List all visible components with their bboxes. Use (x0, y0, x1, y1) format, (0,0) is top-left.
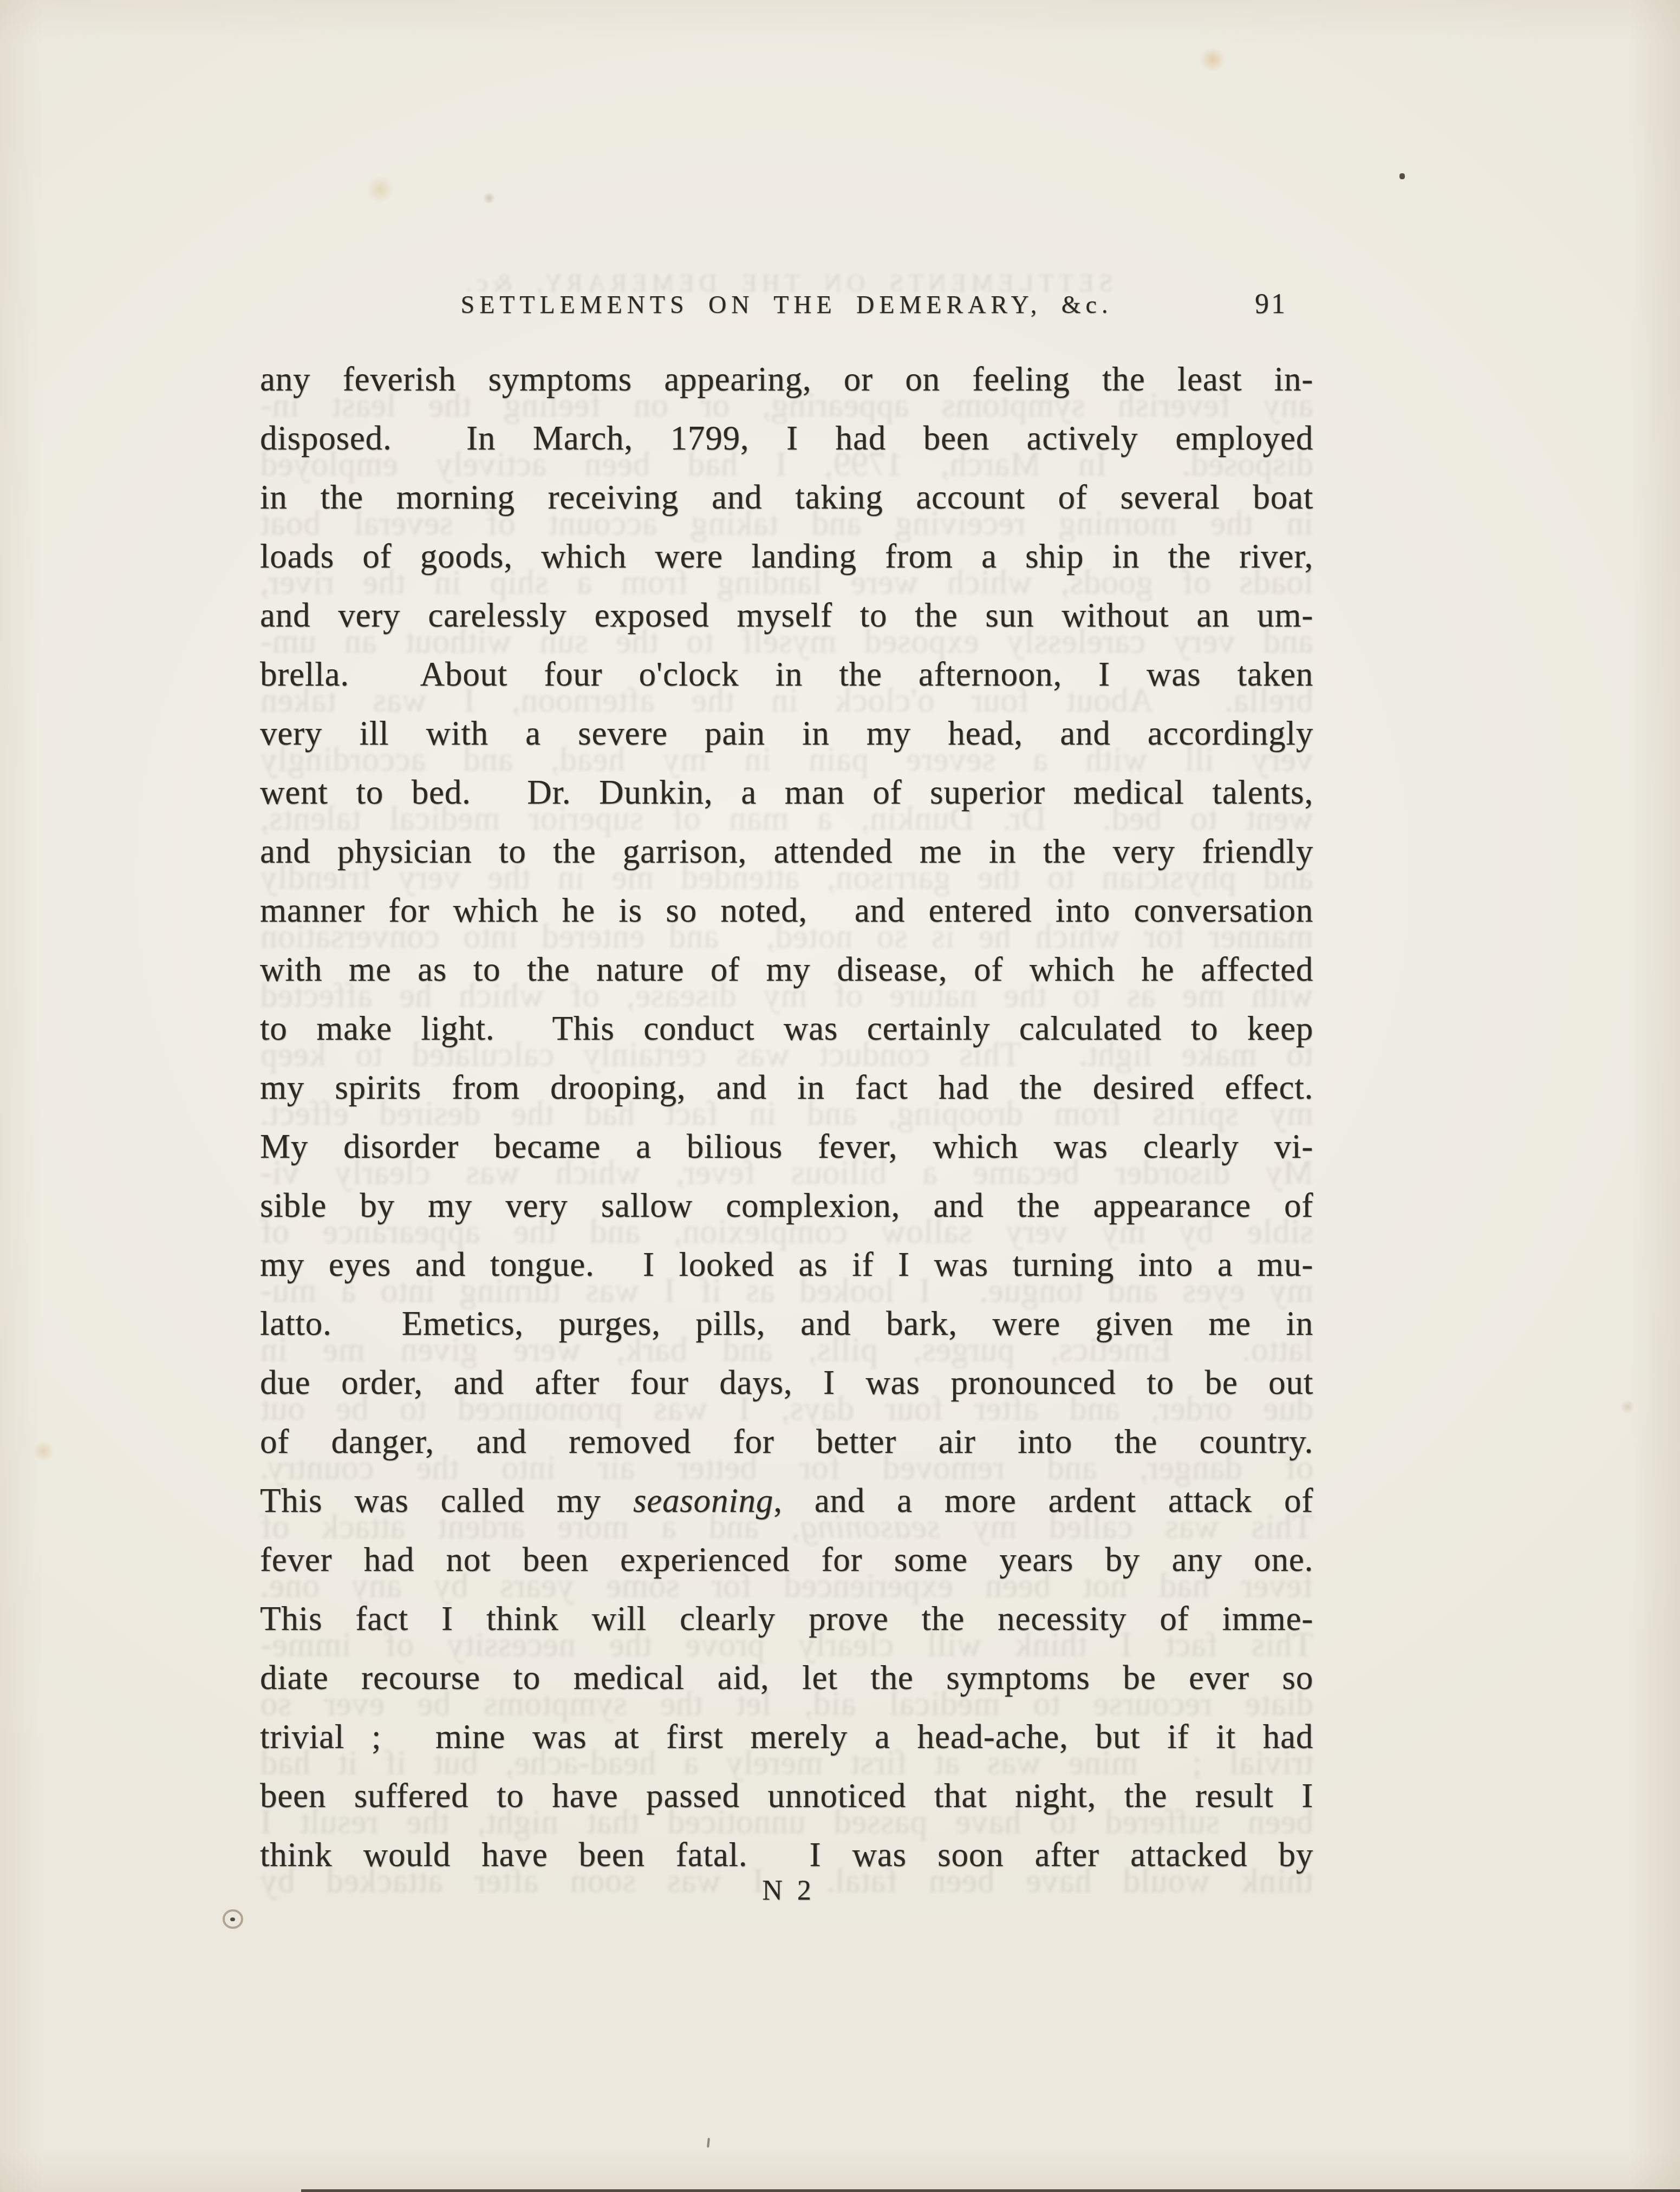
text-line: in the morning receiving and taking acco… (260, 468, 1313, 527)
text-line: trivial ; mine was at first merely a hea… (260, 1707, 1313, 1766)
signature-mark: N 2 (260, 1875, 1313, 1907)
text-line: brella. About four o'clock in the aftern… (260, 645, 1313, 704)
text-line: This was called my seasoning, and a more… (260, 1471, 1313, 1530)
text-line: been suffered to have passed unnoticed t… (260, 1766, 1313, 1825)
foxing-spot (1620, 1400, 1635, 1413)
page-text: any feverish symptoms appearing, or on f… (260, 350, 1313, 1884)
text-line: latto. Emetics, purges, pills, and bark,… (260, 1294, 1313, 1353)
text-line: of danger, and removed for better air in… (260, 1412, 1313, 1471)
text-line: manner for which he is so noted, and ent… (260, 881, 1313, 940)
circle-ink-mark-icon (223, 1909, 243, 1929)
running-head-title: SETTLEMENTS ON THE DEMERARY, &c. (461, 291, 1113, 318)
text-line: My disorder became a bilious fever, whic… (260, 1117, 1313, 1176)
text-line: diate recourse to medical aid, let the s… (260, 1648, 1313, 1707)
text-line: loads of goods, which were landing from … (260, 527, 1313, 586)
text-line: my eyes and tongue. I looked as if I was… (260, 1235, 1313, 1294)
text-line: fever had not been experienced for some … (260, 1530, 1313, 1589)
text-line: went to bed. Dr. Dunkin, a man of superi… (260, 763, 1313, 822)
book-page: SETTLEMENTS ON THE DEMERARY, &c. any fev… (0, 0, 1680, 2192)
text-line: and very carelessly exposed myself to th… (260, 586, 1313, 645)
text-line: any feverish symptoms appearing, or on f… (260, 350, 1313, 409)
paper-fibre-speck (707, 2138, 710, 2148)
text-line: sible by my very sallow complexion, and … (260, 1176, 1313, 1235)
foxing-spot (32, 1441, 54, 1461)
circle-ink-mark-dot (230, 1917, 235, 1921)
text-line: with me as to the nature of my disease, … (260, 940, 1313, 999)
page-number: 91 (1255, 288, 1287, 320)
foxing-spot (366, 177, 394, 203)
text-line: my spirits from drooping, and in fact ha… (260, 1058, 1313, 1117)
text-line: very ill with a severe pain in my head, … (260, 704, 1313, 763)
foxing-spot (483, 193, 495, 204)
text-line: and physician to the garrison, attended … (260, 822, 1313, 881)
foxing-spot (1200, 48, 1226, 71)
text-line: to make light. This conduct was certainl… (260, 999, 1313, 1058)
text-line: This fact I think will clearly prove the… (260, 1589, 1313, 1648)
text-line: disposed. In March, 1799, I had been act… (260, 409, 1313, 468)
scan-edge-shadow (301, 2189, 1680, 2192)
running-head: SETTLEMENTS ON THE DEMERARY, &c. 91 (260, 290, 1313, 334)
text-line: due order, and after four days, I was pr… (260, 1353, 1313, 1412)
ink-speck (1399, 173, 1405, 179)
